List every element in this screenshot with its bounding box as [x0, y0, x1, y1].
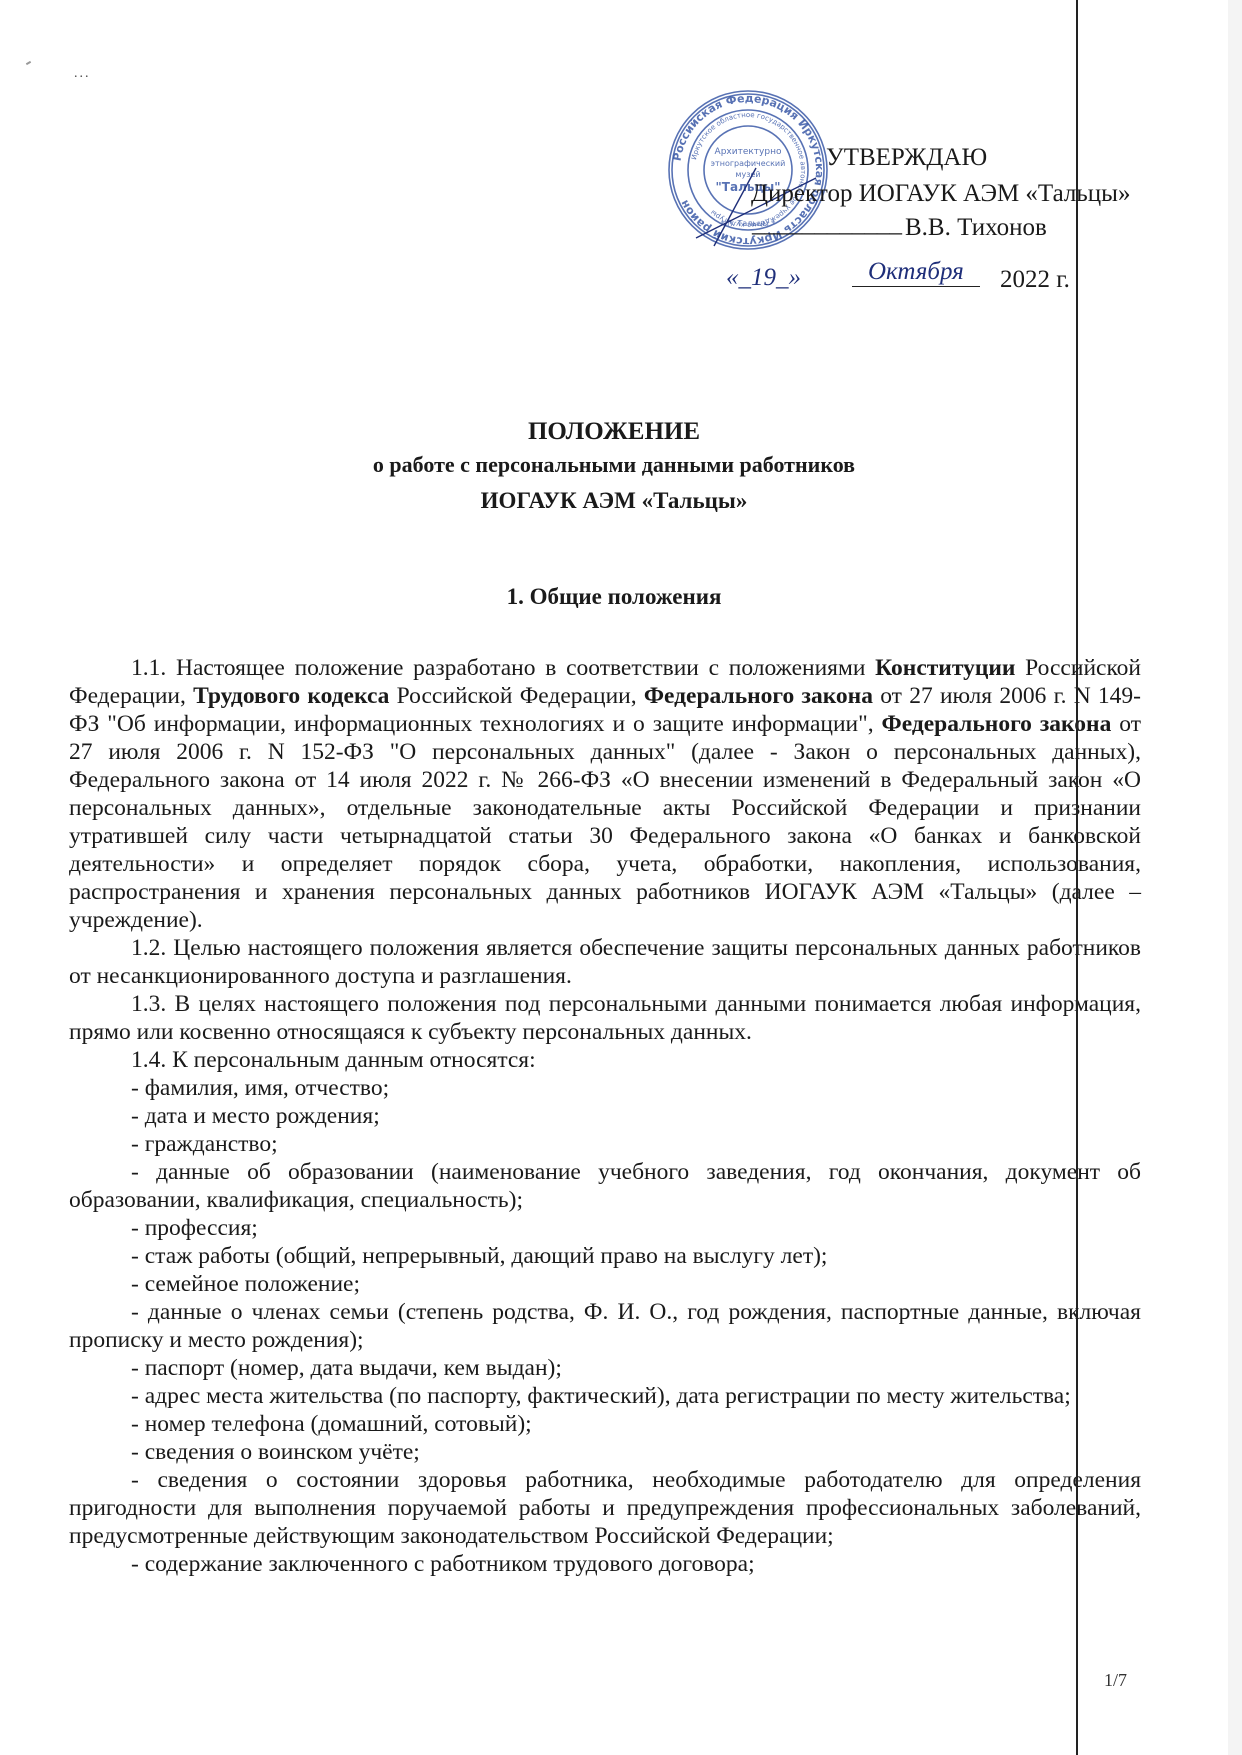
document-body: 1.1. Настоящее положение разработано в с…: [69, 654, 1141, 1578]
list-item: - содержание заключенного с работником т…: [69, 1550, 1141, 1578]
list-item: - стаж работы (общий, непрерывный, дающи…: [69, 1242, 1141, 1270]
svg-text:этнографический: этнографический: [711, 159, 786, 168]
bold-run: Конституции: [875, 655, 1015, 681]
list-item: - семейное положение;: [69, 1270, 1141, 1298]
bold-run: Трудового кодекса: [193, 683, 389, 709]
date-day: «_19_»: [726, 264, 801, 292]
list-item: - адрес места жительства (по паспорту, ф…: [69, 1382, 1141, 1410]
list-item: - гражданство;: [69, 1130, 1141, 1158]
list-item: - сведения о состоянии здоровья работник…: [69, 1466, 1141, 1550]
text-run: от 27 июля 2006 г. N 152-ФЗ "О персональ…: [69, 711, 1141, 933]
list-item: - сведения о воинском учёте;: [69, 1438, 1141, 1466]
list-item: - дата и место рождения;: [69, 1102, 1141, 1130]
approve-word: УТВЕРЖДАЮ: [826, 144, 987, 172]
svg-text:Архитектурно: Архитектурно: [715, 147, 782, 157]
svg-text:музей: музей: [735, 170, 760, 179]
document-title: ПОЛОЖЕНИЕ: [0, 418, 1228, 446]
scan-vertical-line: [1076, 0, 1078, 1755]
list-item: - данные об образовании (наименование уч…: [69, 1158, 1141, 1214]
page-number: 1/7: [1104, 1670, 1127, 1691]
list-item: - паспорт (номер, дата выдачи, кем выдан…: [69, 1354, 1141, 1382]
organization-name: ИОГАУК АЭМ «Тальцы»: [0, 488, 1228, 514]
document-page: ... Российская Федерация Иркутская облас…: [0, 0, 1228, 1755]
bold-run: Федерального закона: [644, 683, 873, 709]
list-item: - фамилия, имя, отчество;: [69, 1074, 1141, 1102]
paragraph-1-4: 1.4. К персональным данным относятся:: [69, 1046, 1141, 1074]
list-item: - данные о членах семьи (степень родства…: [69, 1298, 1141, 1354]
section-heading: 1. Общие положения: [0, 584, 1228, 610]
text-run: Российской Федерации,: [389, 683, 643, 709]
text-run: 1.1. Настоящее положение разработано в с…: [131, 655, 875, 681]
paragraph-1-3: 1.3. В целях настоящего положения под пе…: [69, 990, 1141, 1046]
document-subtitle: о работе с персональными данными работни…: [0, 452, 1228, 478]
paragraph-1-2: 1.2. Целью настоящего положения является…: [69, 934, 1141, 990]
ellipsis-mark: ...: [74, 66, 91, 82]
date-year: 2022 г.: [1000, 266, 1070, 294]
approver-position: Директор ИОГАУК АЭМ «Тальцы»: [751, 180, 1130, 208]
approver-name: В.В. Тихонов: [905, 214, 1047, 242]
list-item: - номер телефона (домашний, сотовый);: [69, 1410, 1141, 1438]
scan-speck: [26, 61, 31, 65]
paragraph-1-1: 1.1. Настоящее положение разработано в с…: [69, 654, 1141, 934]
date-month: Октября: [852, 258, 980, 287]
signature-line: ____________: [752, 210, 902, 238]
list-item: - профессия;: [69, 1214, 1141, 1242]
